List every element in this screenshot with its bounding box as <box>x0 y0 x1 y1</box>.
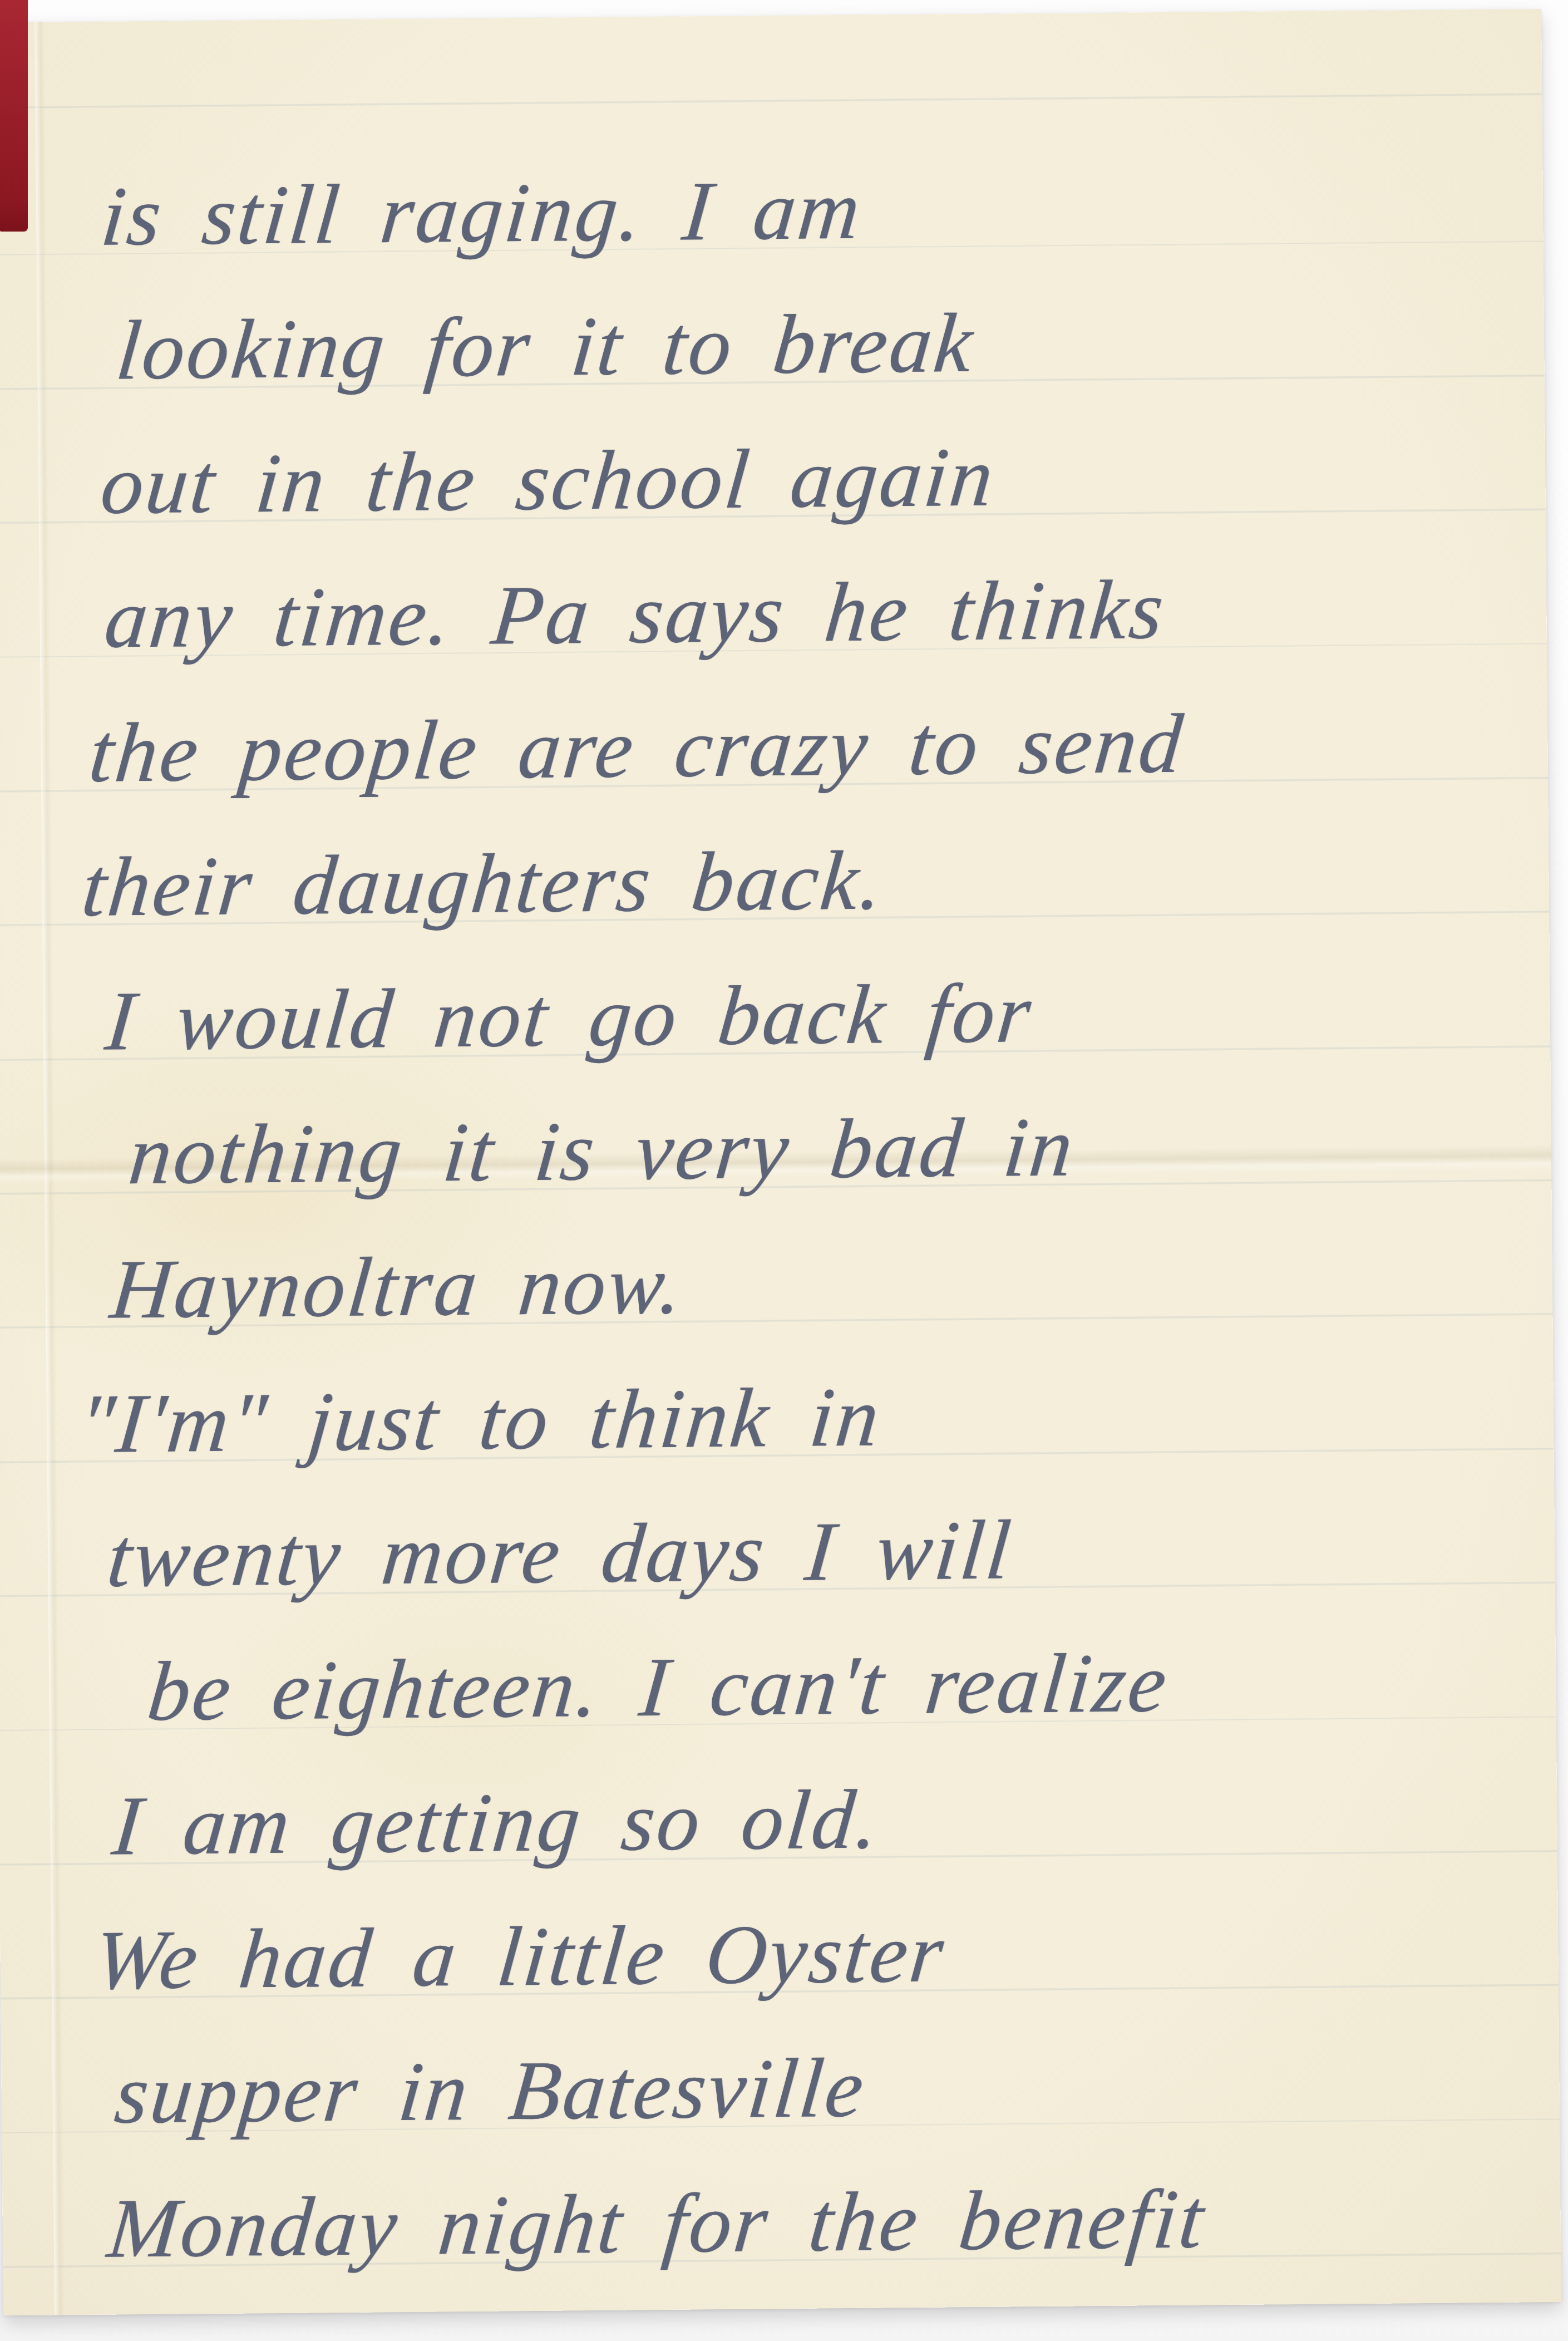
handwritten-line: nothing it is very bad in <box>70 1076 1535 1223</box>
handwritten-line: looking for it to break <box>63 271 1528 418</box>
handwritten-line: Haynoltra now. <box>71 1210 1536 1357</box>
red-edge-mark <box>0 0 28 232</box>
handwritten-line: "I'm" just to think in <box>72 1344 1537 1491</box>
letter-page: is still raging. I amlooking for it to b… <box>0 9 1561 2315</box>
handwritten-line: We had a little Oyster <box>77 1881 1542 2028</box>
handwritten-line: I would not go back for <box>69 942 1534 1089</box>
handwritten-line: their daughters back. <box>68 808 1533 955</box>
handwritten-line: out in the school again <box>65 405 1530 552</box>
handwritten-line: supper in Batesville <box>78 2015 1544 2162</box>
handwritten-line: twenty more days I will <box>74 1478 1539 1625</box>
letter-photo: is still raging. I amlooking for it to b… <box>0 0 1568 2341</box>
handwritten-line: I am getting so old. <box>76 1747 1541 1894</box>
handwritten-line: the people are crazy to send <box>67 673 1532 820</box>
handwritten-line: Monday night for the benefit <box>80 2149 1545 2296</box>
handwritten-line: is still raging. I am <box>62 137 1527 284</box>
handwriting: is still raging. I amlooking for it to b… <box>68 137 1539 2296</box>
handwritten-line: any time. Pa says he thinks <box>66 539 1531 686</box>
handwritten-line: be eighteen. I can't realize <box>75 1612 1540 1759</box>
